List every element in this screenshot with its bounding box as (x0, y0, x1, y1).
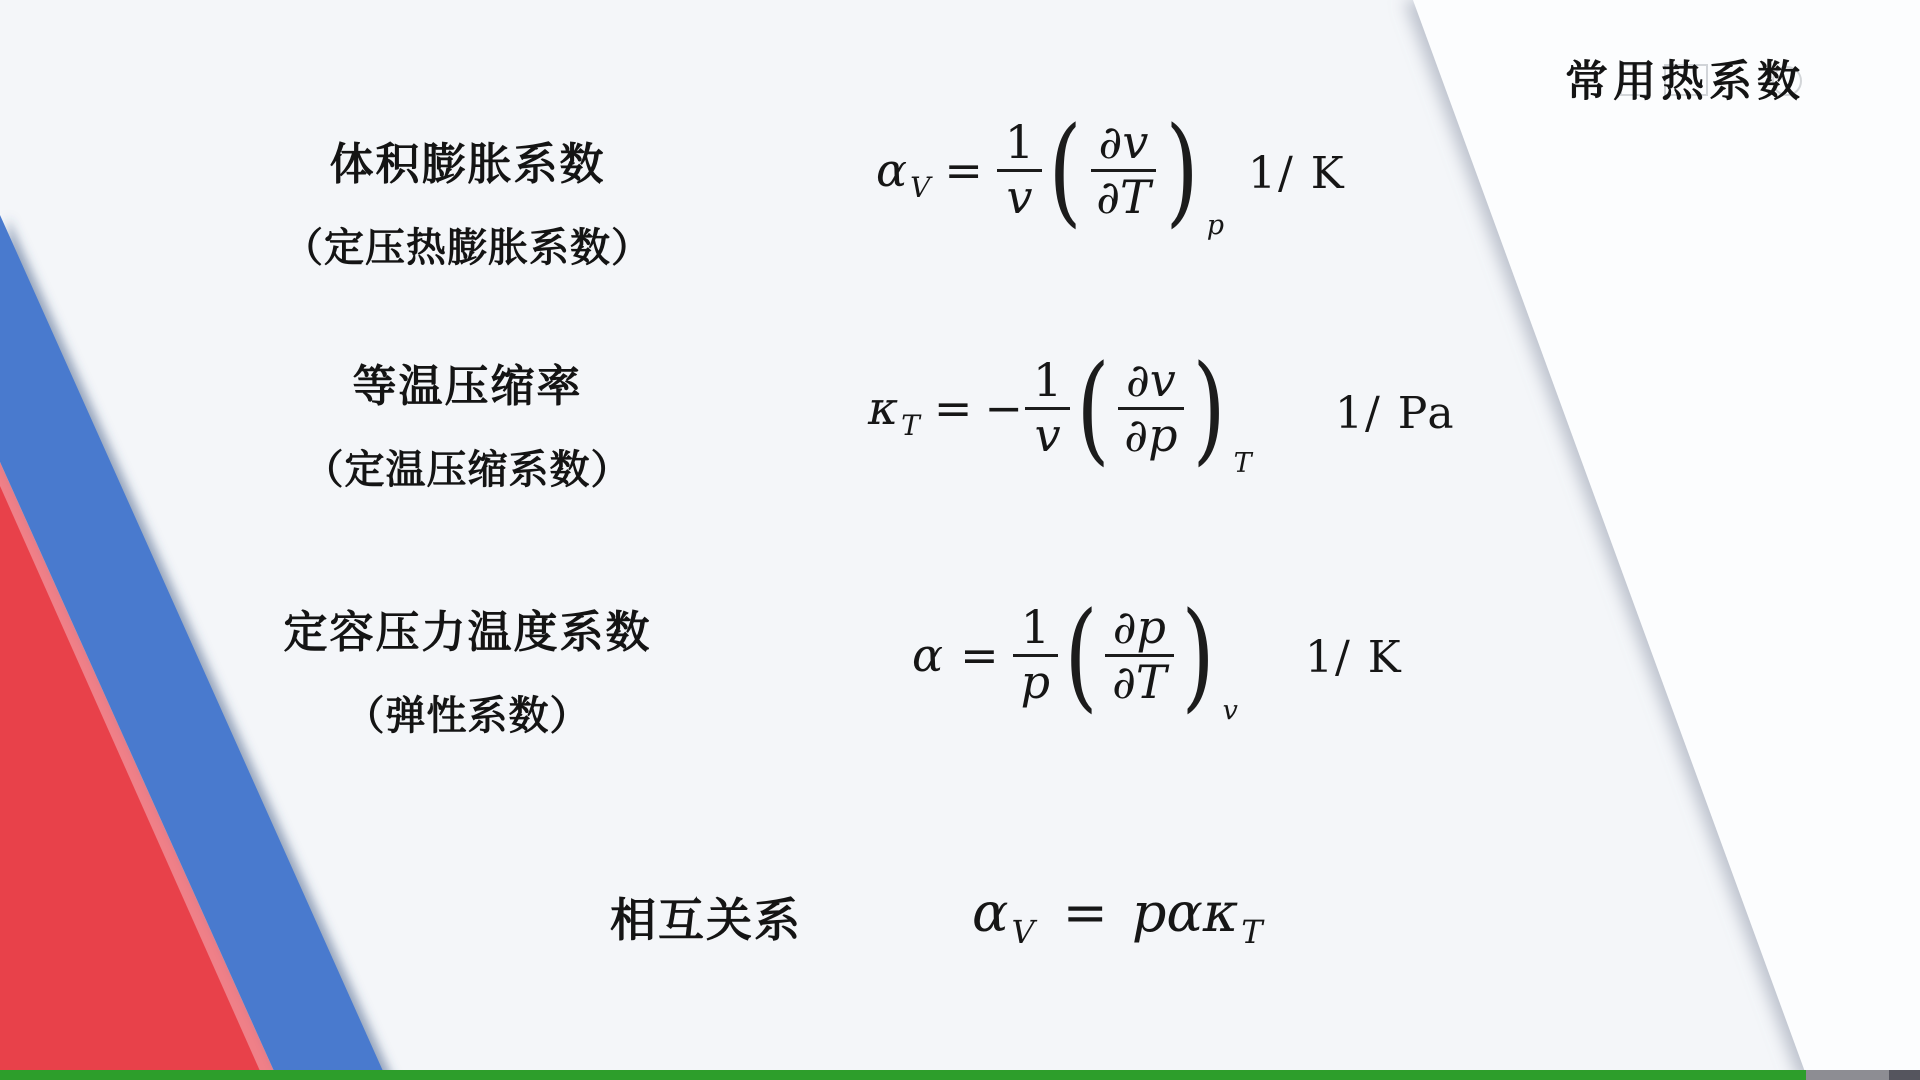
formula-lhs: κ (868, 381, 898, 435)
minus-sign: − (984, 381, 1023, 435)
formula-rhs-subscript: T (1241, 913, 1262, 951)
bottom-bar-green (0, 1070, 1806, 1080)
derivative-fraction: ∂p ∂T (1104, 602, 1174, 708)
formula-pressure-temperature-coefficient: α = 1 p ( ∂p ∂T ) v (912, 580, 1238, 730)
fraction-denominator: ∂T (1088, 172, 1158, 224)
fraction-denominator: ∂T (1104, 657, 1174, 709)
fraction-numerator: 1 (1013, 602, 1058, 657)
label-isothermal-compressibility: 等温压缩率 (215, 350, 720, 414)
fraction-denominator: ∂p (1116, 410, 1185, 462)
formula-lhs: α (912, 628, 943, 682)
formula-volume-expansion: αV = 1 v ( ∂v ∂T ) p (876, 95, 1224, 245)
formula-lhs: α (972, 881, 1008, 944)
coefficient-fraction: 1 v (997, 117, 1042, 223)
fraction-denominator: v (999, 172, 1041, 224)
label-isothermal-compressibility-alt: （定温压缩系数） (215, 438, 720, 495)
equals-sign: = (960, 628, 999, 682)
unit-volume-expansion: 1/ K (1248, 148, 1346, 199)
fraction-numerator: ∂v (1118, 355, 1184, 410)
fraction-denominator: v (1027, 410, 1069, 462)
constant-subscript: p (1207, 210, 1224, 241)
formula-rhs: pακ (1132, 881, 1238, 944)
formula-lhs-subscript: V (1011, 913, 1034, 951)
equals-sign: = (934, 381, 973, 435)
bottom-bar-dark (1889, 1070, 1920, 1080)
bottom-bar-gray (1806, 1070, 1889, 1080)
derivative-fraction: ∂v ∂T (1088, 117, 1158, 223)
fraction-denominator: p (1013, 657, 1058, 709)
equals-sign: = (944, 143, 983, 197)
fraction-numerator: ∂p (1105, 602, 1174, 657)
formula-lhs-subscript: V (910, 171, 930, 204)
equals-sign: = (1063, 881, 1108, 944)
formula-isothermal-compressibility: κT = − 1 v ( ∂v ∂p ) T (868, 333, 1252, 483)
label-volume-expansion-alt: （定压热膨胀系数） (215, 216, 720, 273)
label-volume-expansion: 体积膨胀系数 (215, 128, 720, 192)
white-diagonal-band (1413, 0, 1920, 1080)
unit-isothermal-compressibility: 1/ Pa (1335, 388, 1456, 439)
unit-pressure-temperature-coefficient: 1/ K (1305, 632, 1403, 683)
coefficient-fraction: 1 p (1013, 602, 1058, 708)
label-pressure-temperature-coefficient-alt: （弹性系数） (215, 684, 720, 741)
coefficient-fraction: 1 v (1025, 355, 1070, 461)
formula-lhs-subscript: T (901, 409, 920, 442)
derivative-fraction: ∂v ∂p (1116, 355, 1185, 461)
formula-lhs: α (876, 143, 907, 197)
fraction-numerator: 1 (1025, 355, 1070, 410)
label-relation: 相互关系 (610, 884, 802, 950)
slide: 常用热系数 体积膨胀系数 （定压热膨胀系数） αV = 1 v ( ∂v ∂T … (0, 0, 1920, 1080)
page-title: 常用热系数 (1565, 48, 1805, 109)
label-pressure-temperature-coefficient: 定容压力温度系数 (215, 596, 720, 660)
constant-subscript: T (1234, 448, 1252, 479)
fraction-numerator: ∂v (1091, 117, 1157, 172)
fraction-numerator: 1 (997, 117, 1042, 172)
constant-subscript: v (1223, 695, 1238, 726)
formula-relation: αV = pακT (972, 880, 1267, 944)
